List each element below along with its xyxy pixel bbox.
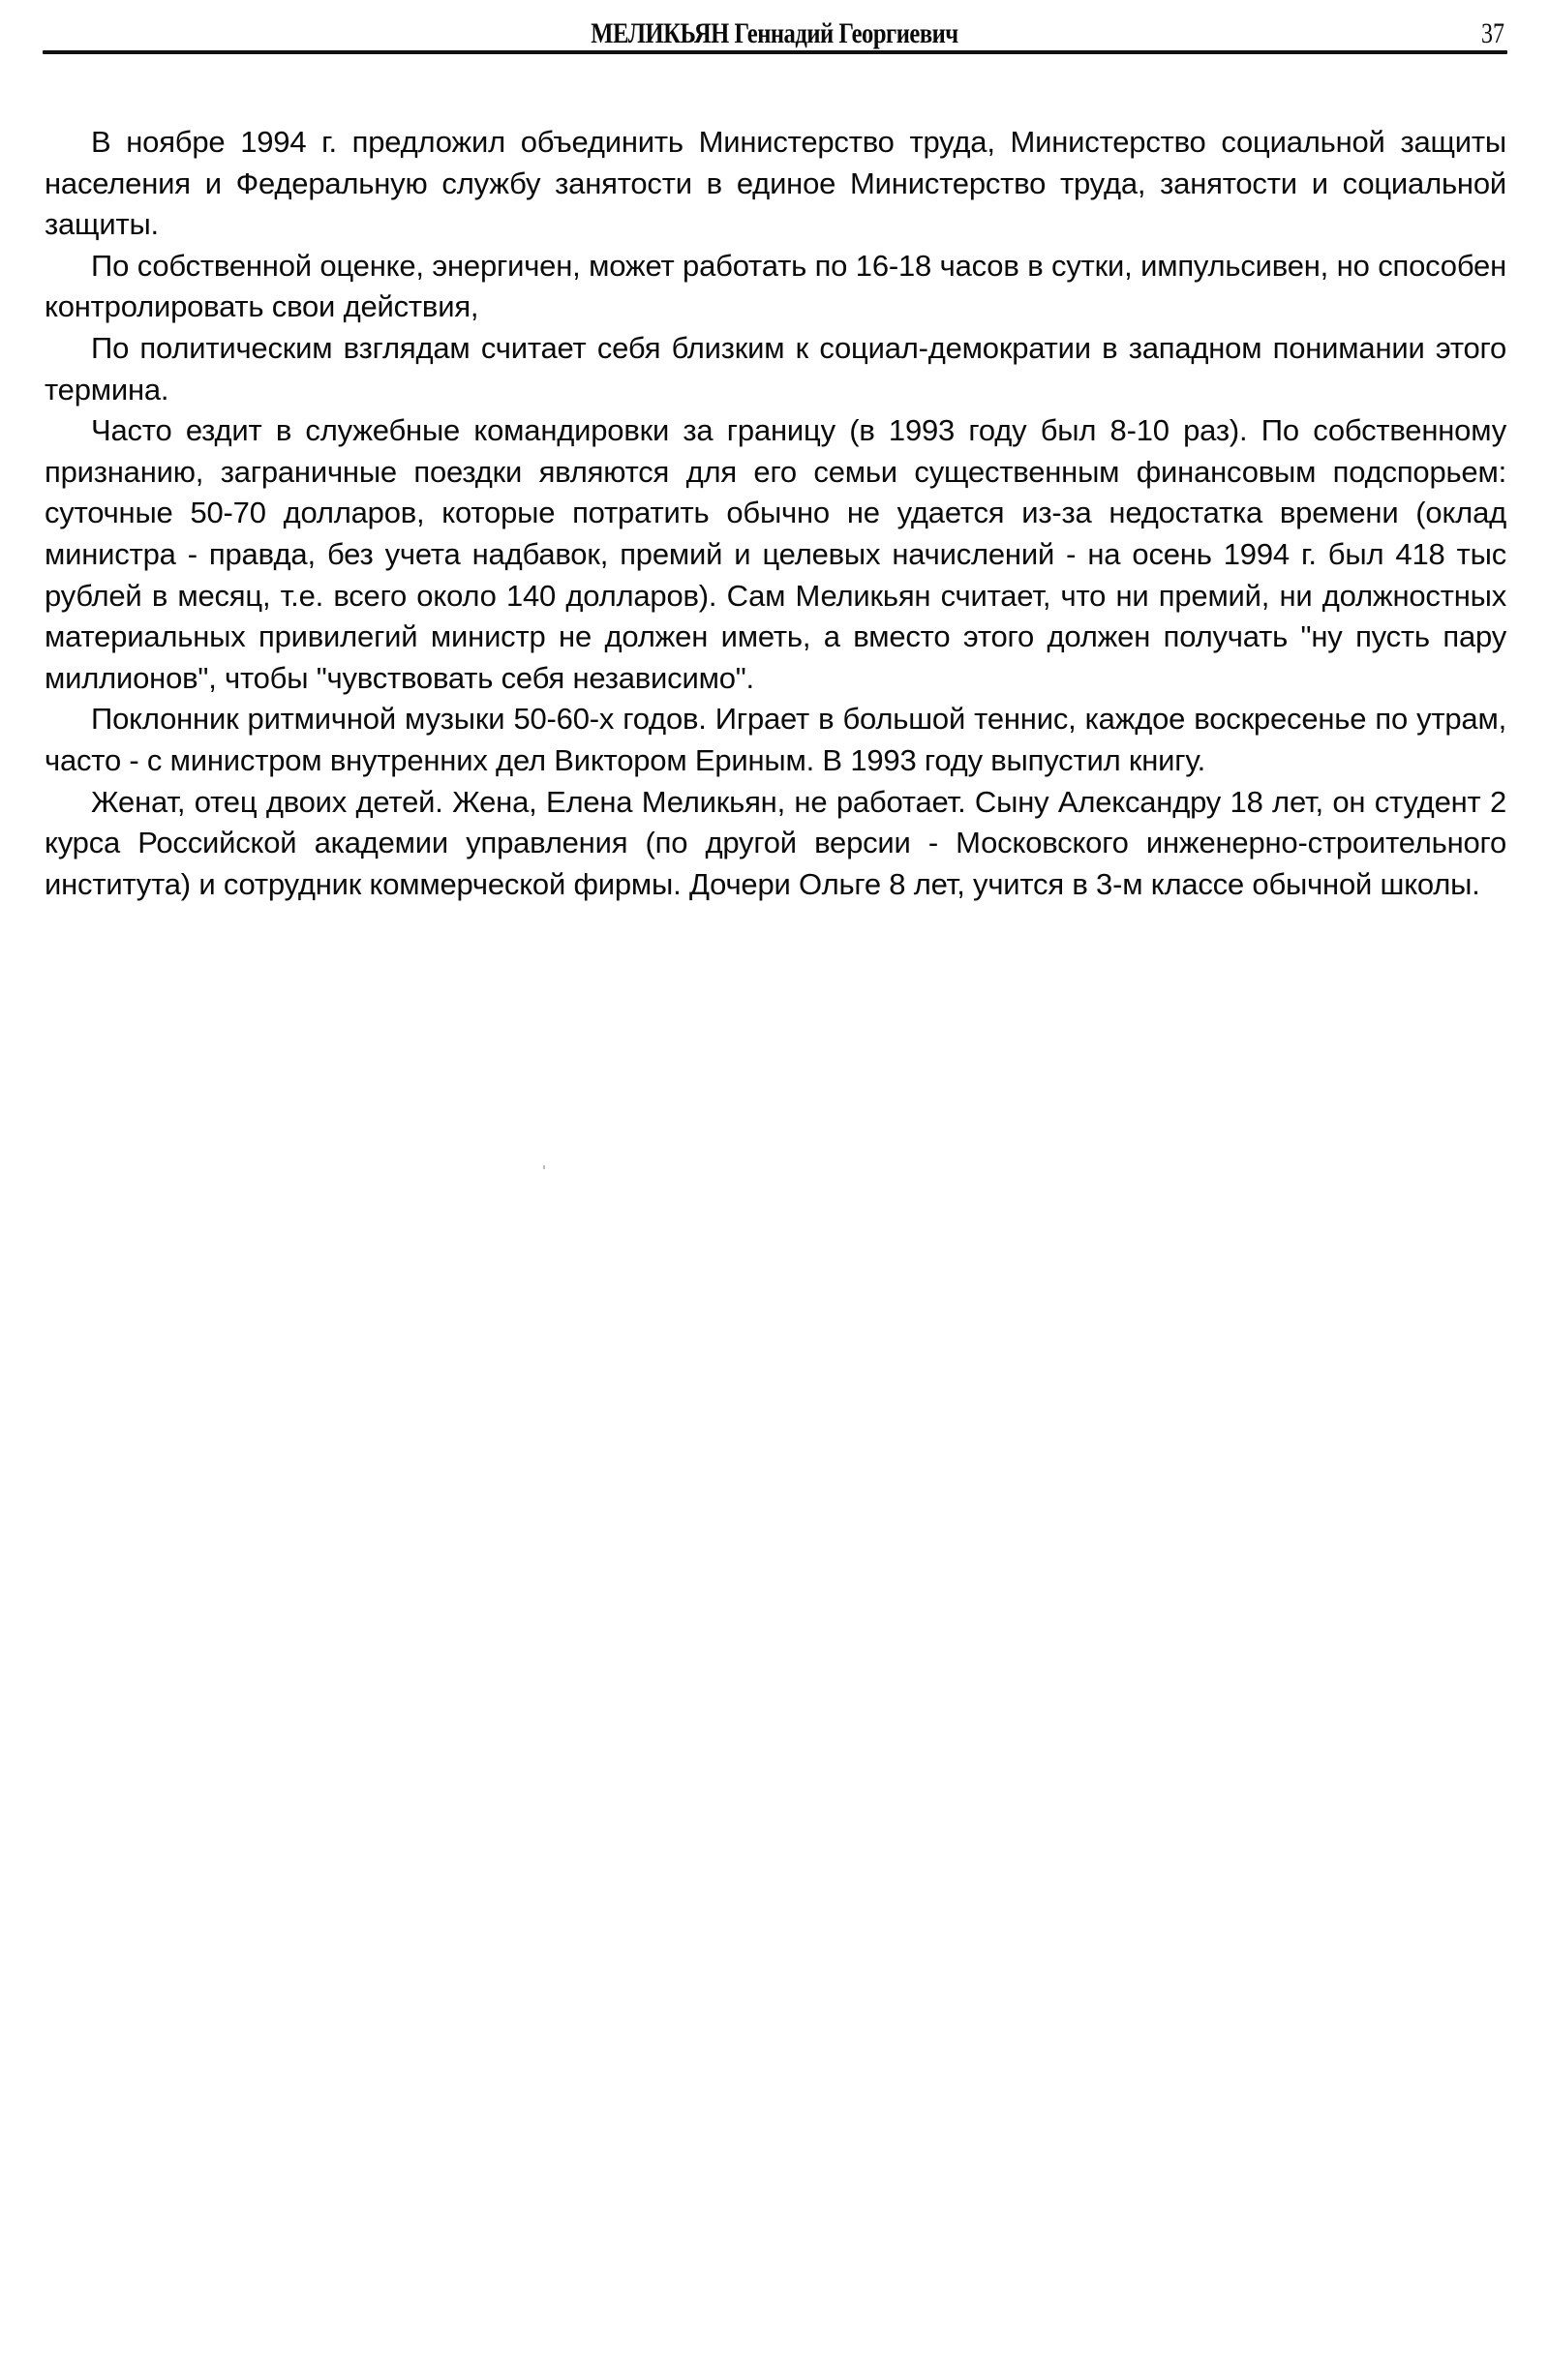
body-text: В ноябре 1994 г. предложил объединить Ми… [45,122,1506,905]
paragraph-business-trips: Часто ездит в служебные командировки за … [45,410,1506,699]
paragraph-self-assessment: По собственной оценке, энергичен, может … [45,246,1506,328]
paragraph-hobbies: Поклонник ритмичной музыки 50-60-х годов… [45,699,1506,781]
paragraph-ministry-merger: В ноябре 1994 г. предложил объединить Ми… [45,122,1506,246]
header-divider [43,50,1507,54]
paragraph-text: Поклонник ритмичной музыки 50-60-х годов… [45,702,1506,777]
paragraph-text: В ноябре 1994 г. предложил объединить Ми… [45,125,1506,241]
scan-artifact [543,1165,545,1169]
paragraph-text: По политическим взглядам считает себя бл… [45,331,1506,407]
page-number: 37 [1481,17,1504,50]
running-title: МЕЛИКЬЯН Геннадий Георгиевич [174,17,1375,50]
paragraph-political-views: По политическим взглядам считает себя бл… [45,328,1506,410]
page-header: МЕЛИКЬЯН Геннадий Георгиевич 37 [43,10,1506,54]
paragraph-family: Женат, отец двоих детей. Жена, Елена Мел… [45,782,1506,906]
paragraph-text: По собственной оценке, энергичен, может … [45,249,1506,324]
paragraph-text: Часто ездит в служебные командировки за … [45,413,1506,695]
paragraph-text: Женат, отец двоих детей. Жена, Елена Мел… [45,785,1506,901]
